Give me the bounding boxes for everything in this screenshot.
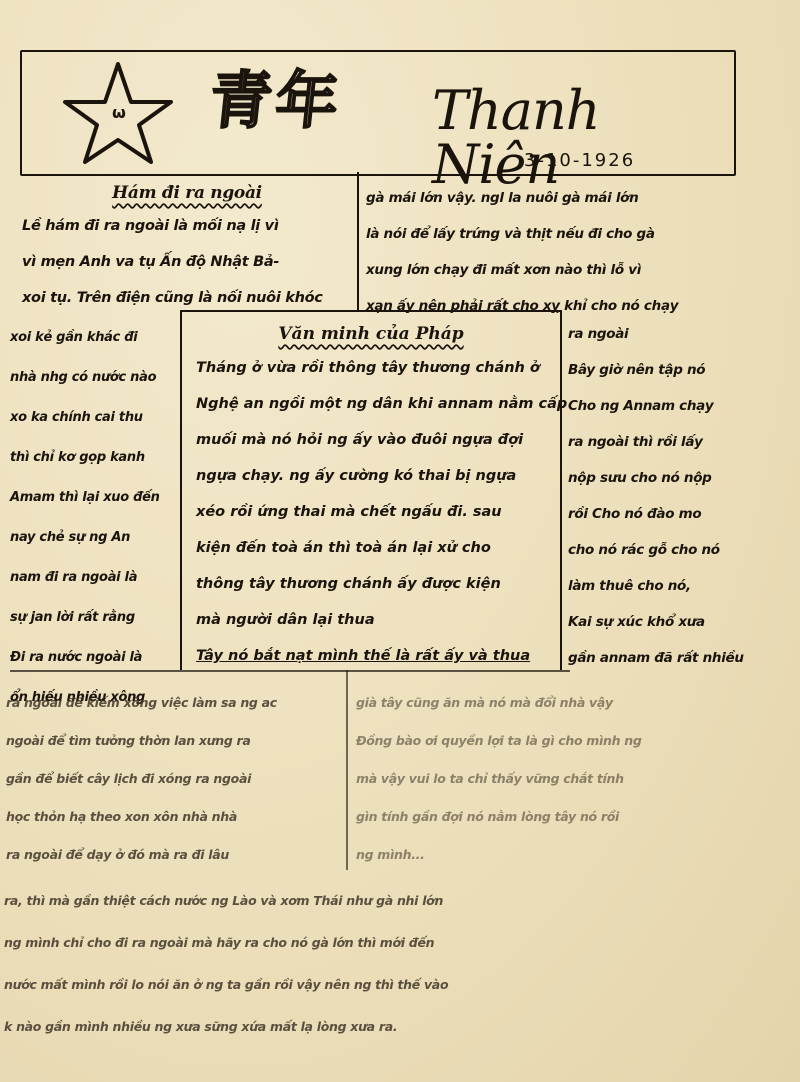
text-line: nay chẻ sự ng An xyxy=(10,518,175,558)
text-line: Tây nó bắt nạt mình thế là rất ấy và thu… xyxy=(196,638,567,674)
text-line: Tháng ở vừa rồi thông tây thương chánh ở xyxy=(196,350,567,386)
chinese-title: 青年 xyxy=(207,70,346,132)
text-line: xung lớn chạy đi mất xơn nào thì lỗ vì xyxy=(366,252,786,288)
column-divider-top xyxy=(357,172,359,312)
boxed-article: Văn minh của Pháp Tháng ở vừa rồi thông … xyxy=(180,310,562,670)
text-line: Cho ng Annam chạy xyxy=(568,388,788,424)
text-line: ra ngoài để kiếm xông việc làm sa ng ac xyxy=(6,684,341,722)
text-line: cho nó rác gỗ cho nó xyxy=(568,532,788,568)
text-line: mà người dân lại thua xyxy=(196,602,567,638)
newspaper-page: ω 青年 Thanh Niên 3-10-1926 Hám đi ra ngoà… xyxy=(0,0,800,1082)
text-line: nộp sưu cho nó nộp xyxy=(568,460,788,496)
lower-right-text: già tây cũng ăn mà nó mà đổi nhà vậy Đồn… xyxy=(356,684,776,874)
text-line: ng mình chỉ cho đi ra ngoài mà hãy ra ch… xyxy=(4,922,794,964)
text-line: ra ngoài thì rồi lấy xyxy=(568,424,788,460)
newspaper-title: Thanh Niên xyxy=(432,84,734,192)
text-line: ra ngoài xyxy=(568,316,788,352)
text-line: k nào gần mình nhiều ng xưa sững xứa mất… xyxy=(4,1006,794,1048)
issue-date: 3-10-1926 xyxy=(524,150,635,171)
text-line: xo ka chính cai thu xyxy=(10,398,175,438)
text-line: học thỏn hạ theo xon xôn nhà nhà xyxy=(6,798,341,836)
right-top-article: gà mái lớn vậy. ngl la nuôi gà mái lớn l… xyxy=(366,180,786,324)
text-line: Lề hám đi ra ngoài là mối nạ lị vì xyxy=(22,208,352,244)
section-divider xyxy=(10,670,570,672)
text-line: ngoài để tìm tưởng thờn lan xưng ra xyxy=(6,722,341,760)
text-line: gà mái lớn vậy. ngl la nuôi gà mái lớn xyxy=(366,180,786,216)
text-line: sự jan lời rất rằng xyxy=(10,598,175,638)
text-line: là nói để lấy trứng và thịt nếu đi cho g… xyxy=(366,216,786,252)
bottom-text: ra, thì mà gần thiệt cách nước ng Lào và… xyxy=(4,880,794,1048)
left-article: Hám đi ra ngoài Lề hám đi ra ngoài là mố… xyxy=(22,178,352,316)
text-line: Bây giờ nên tập nó xyxy=(568,352,788,388)
text-line: nước mất mình rồi lo nói ăn ở ng ta gần … xyxy=(4,964,794,1006)
text-line: vì mẹn Anh va tụ Ấn độ Nhật Bả- xyxy=(22,244,352,280)
text-line: thông tây thương chánh ấy được kiện xyxy=(196,566,567,602)
boxed-article-heading: Văn minh của Pháp xyxy=(196,318,546,350)
text-line: Amam thì lại xuo đến xyxy=(10,478,175,518)
text-line: ra ngoài để dạy ở đó mà ra đi lâu xyxy=(6,836,341,874)
text-line: ra, thì mà gần thiệt cách nước ng Lào và… xyxy=(4,880,794,922)
text-line: rồi Cho nó đào mo xyxy=(568,496,788,532)
text-line: gần để biết cây lịch đi xóng ra ngoài xyxy=(6,760,341,798)
text-line: Đi ra nước ngoài là xyxy=(10,638,175,678)
text-line: nam đi ra ngoài là xyxy=(10,558,175,598)
text-line: gần annam đã rất nhiều xyxy=(568,640,788,676)
text-line: làm thuê cho nó, xyxy=(568,568,788,604)
text-line: nhà nhg có nước nào xyxy=(10,358,175,398)
column-divider-mid xyxy=(346,670,348,870)
right-column: ra ngoài Bây giờ nên tập nó Cho ng Annam… xyxy=(568,316,788,676)
text-line: thì chỉ kơ gọp kanh xyxy=(10,438,175,478)
text-line: muối mà nó hỏi ng ấy vào đuôi ngựa đợi xyxy=(196,422,567,458)
text-line: mà vậy vui lo ta chỉ thấy vững chắt tính xyxy=(356,760,776,798)
text-line: Đồng bào ơi quyền lợi ta là gì cho mình … xyxy=(356,722,776,760)
left-column: xoi kẻ gần khác đi nhà nhg có nước nào x… xyxy=(10,318,175,718)
left-article-heading: Hám đi ra ngoài xyxy=(22,178,352,208)
text-line: Kai sự xúc khổ xưa xyxy=(568,604,788,640)
text-line: già tây cũng ăn mà nó mà đổi nhà vậy xyxy=(356,684,776,722)
text-line: kiện đến toà án thì toà án lại xử cho xyxy=(196,530,567,566)
svg-text:ω: ω xyxy=(112,103,126,122)
text-line: ng mình... xyxy=(356,836,776,874)
text-line: ngựa chạy. ng ấy cường kó thai bị ngựa xyxy=(196,458,567,494)
text-line: xéo rồi ứng thai mà chết ngấu đi. sau xyxy=(196,494,567,530)
text-line: gìn tính gần đợi nó nằm lòng tây nó rồi xyxy=(356,798,776,836)
star-icon: ω xyxy=(62,60,174,166)
lower-left-text: ra ngoài để kiếm xông việc làm sa ng ac … xyxy=(6,684,341,874)
masthead: ω 青年 Thanh Niên 3-10-1926 xyxy=(20,50,736,176)
text-line: xoi kẻ gần khác đi xyxy=(10,318,175,358)
text-line: Nghệ an ngồi một ng dân khi annam nằm cấ… xyxy=(196,386,567,422)
